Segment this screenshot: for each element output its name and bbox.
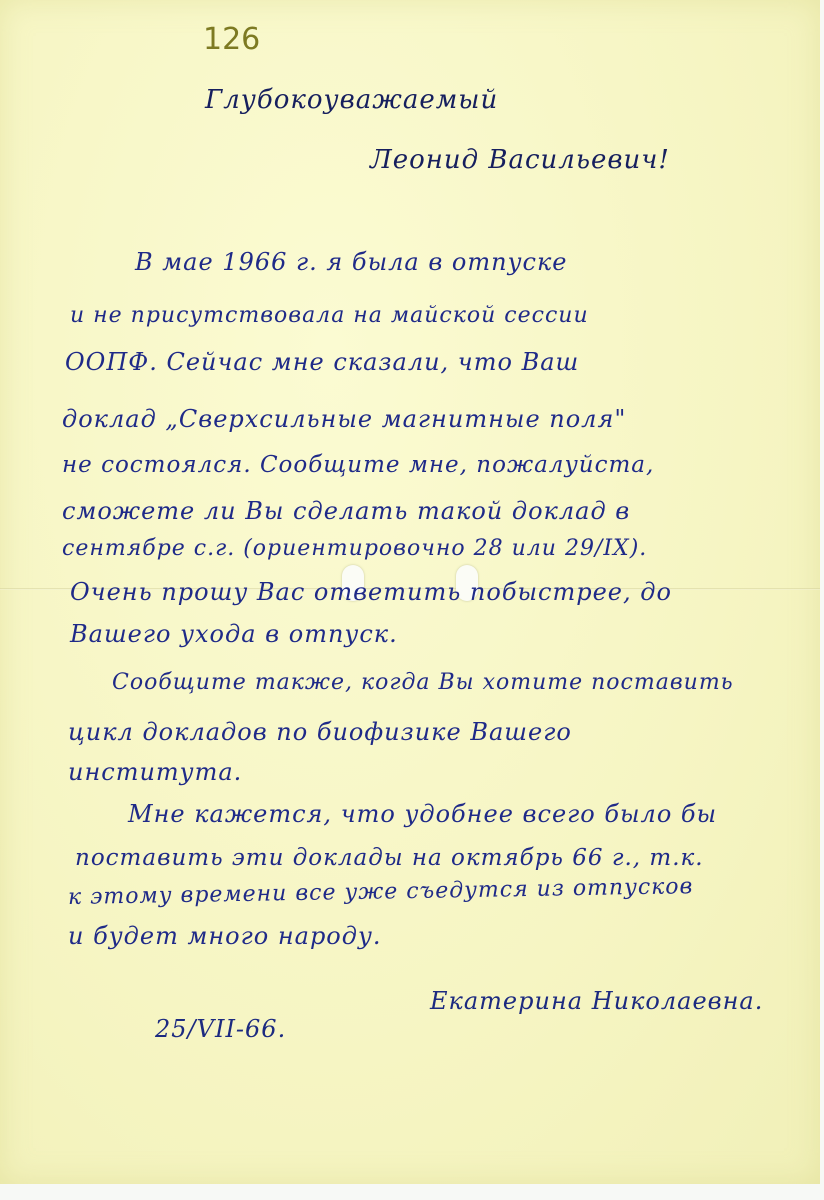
letter-paper: 126 Глубокоуважаемый Леонид Васильевич! … xyxy=(0,0,820,1184)
salutation-line-1: Глубокоуважаемый xyxy=(205,85,498,115)
body-line: поставить эти доклады на октябрь 66 г., … xyxy=(75,845,704,871)
body-line: сможете ли Вы сделать такой доклад в xyxy=(62,497,630,525)
body-line: и не присутствовала на майской сессии xyxy=(70,303,589,328)
body-line: Сообщите также, когда Вы хотите поставит… xyxy=(112,670,734,695)
body-line: и будет много народу. xyxy=(68,922,382,950)
signature: Екатерина Николаевна. xyxy=(430,987,763,1015)
archive-number: 126 xyxy=(203,22,260,57)
body-line: доклад „Сверхсильные магнитные поля" xyxy=(62,405,626,433)
body-line: В мае 1966 г. я была в отпуске xyxy=(135,248,568,276)
body-line: Вашего ухода в отпуск. xyxy=(70,620,398,648)
body-line: института. xyxy=(68,758,242,786)
body-line: к этому времени все уже съедутся из отпу… xyxy=(68,874,694,910)
body-line: Мне кажется, что удобнее всего было бы xyxy=(128,800,717,828)
body-line: не состоялся. Сообщите мне, пожалуйста, xyxy=(62,452,654,478)
body-line: цикл докладов по биофизике Вашего xyxy=(68,718,572,746)
body-line: сентябре с.г. (ориентировочно 28 или 29/… xyxy=(62,536,647,561)
body-line: ООПФ. Сейчас мне сказали, что Ваш xyxy=(65,348,579,376)
letter-date: 25/VII-66. xyxy=(155,1015,286,1043)
salutation-line-2: Леонид Васильевич! xyxy=(370,145,670,175)
body-line: Очень прошу Вас ответить побыстрее, до xyxy=(70,578,672,606)
